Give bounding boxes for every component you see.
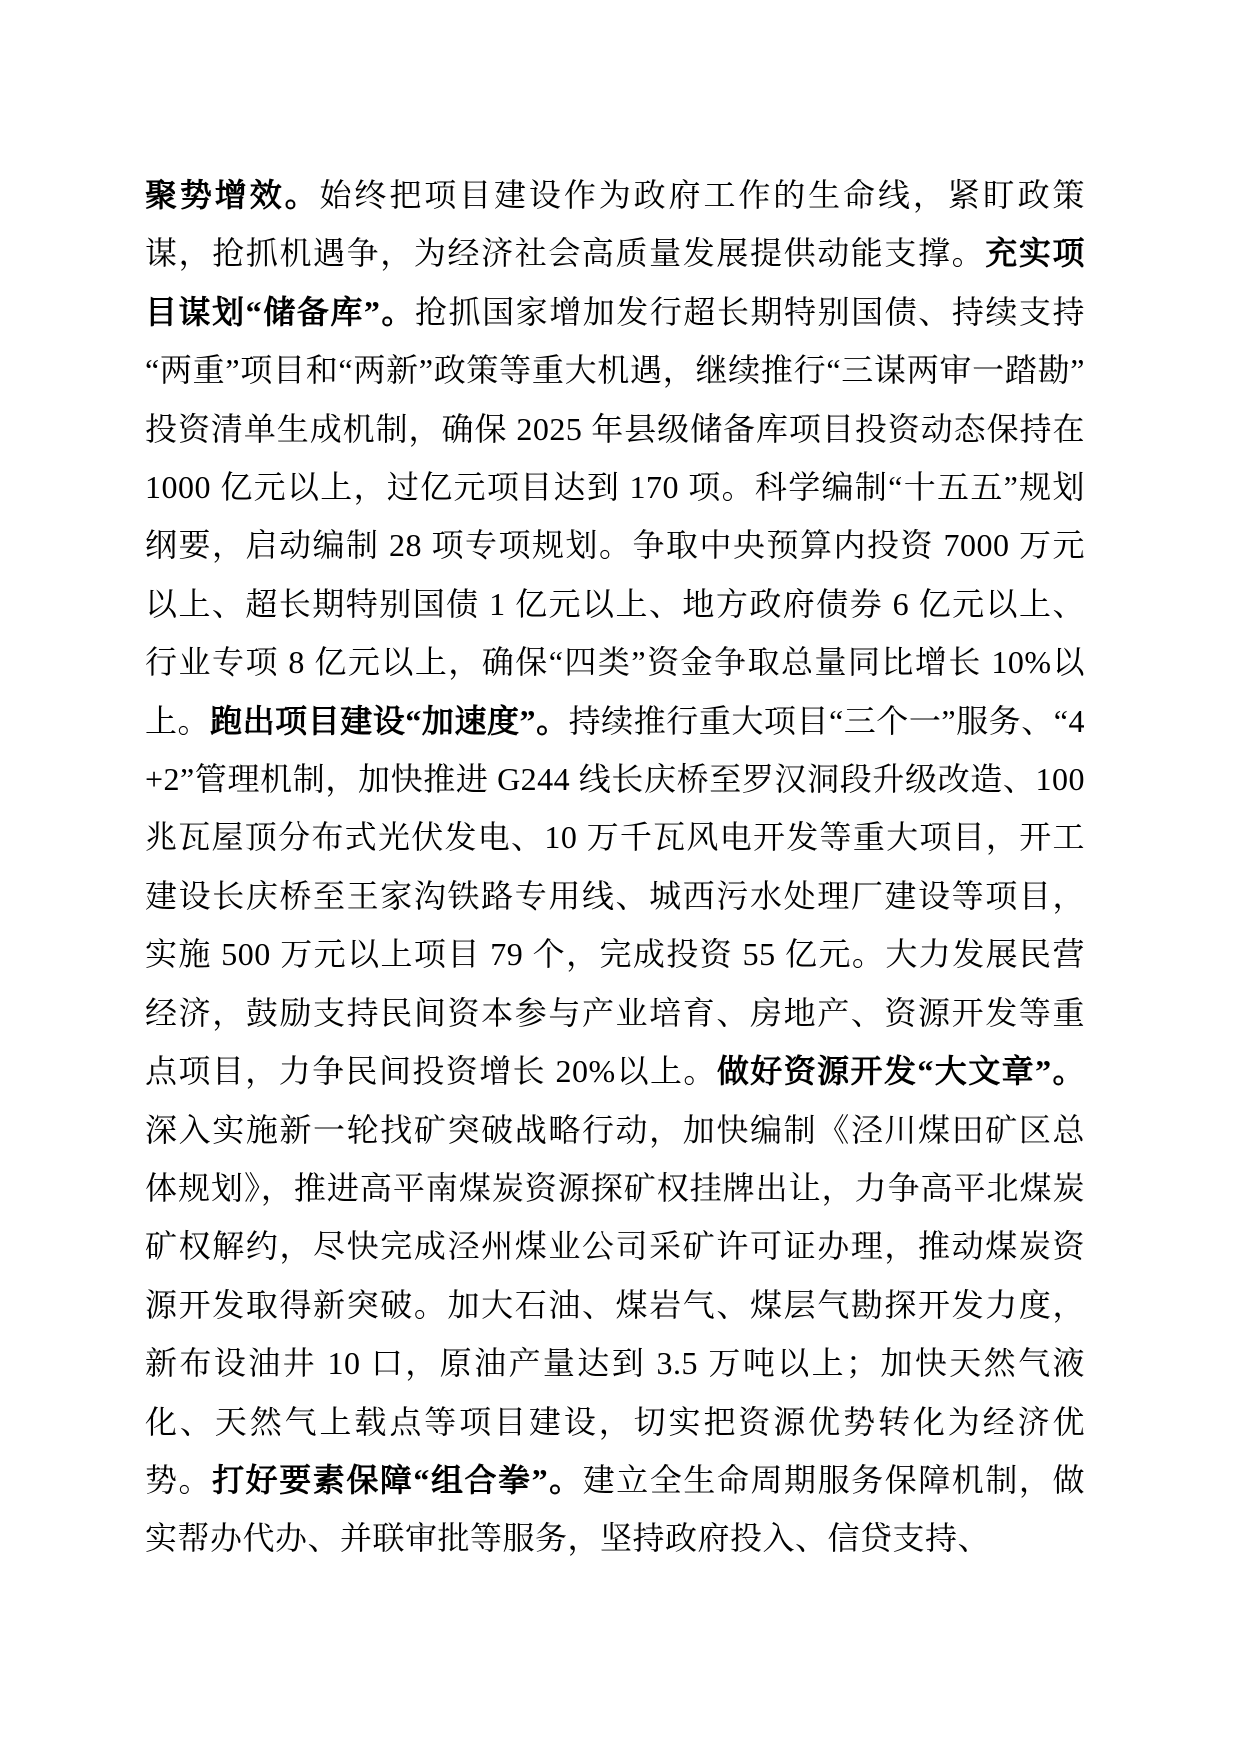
body-paragraph: 聚势增效。始终把项目建设作为政府工作的生命线，紧盯政策谋，抢抓机遇争，为经济社会…	[145, 166, 1085, 1568]
text-run: 持续推行重大项目“三个一”服务、“4+2”管理机制，加快推进 G244 线长庆桥…	[145, 703, 1085, 1089]
bold-heading-run: 打好要素保障“组合拳”。	[212, 1462, 583, 1498]
bold-heading-run: 跑出项目建设“加速度”。	[210, 703, 569, 739]
text-run: 深入实施新一轮找矿突破战略行动，加快编制《泾川煤田矿区总体规划》，推进高平南煤炭…	[145, 1112, 1085, 1498]
bold-heading-run: 做好资源开发“大文章”。	[717, 1053, 1085, 1089]
text-run: 抢抓国家增加发行超长期特别国债、持续支持“两重”项目和“两新”政策等重大机遇，继…	[145, 294, 1085, 739]
document-page: 聚势增效。始终把项目建设作为政府工作的生命线，紧盯政策谋，抢抓机遇争，为经济社会…	[0, 0, 1240, 1753]
bold-heading-run: 聚势增效。	[145, 177, 320, 213]
